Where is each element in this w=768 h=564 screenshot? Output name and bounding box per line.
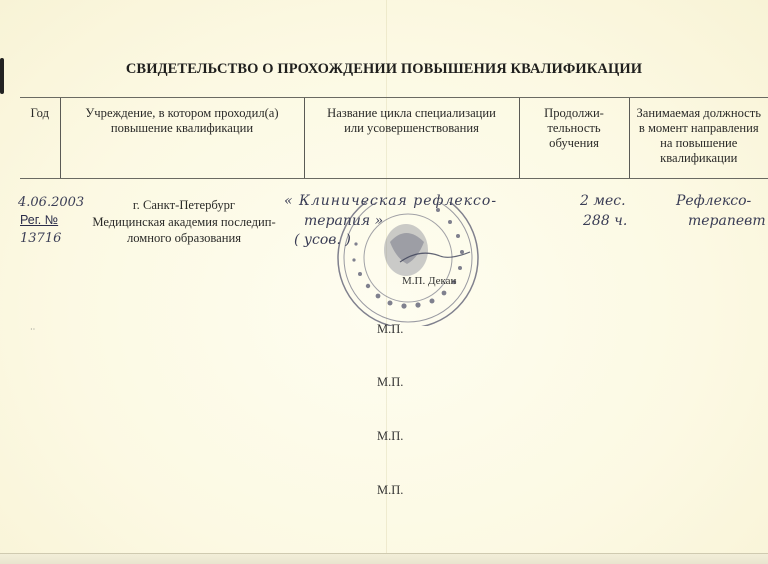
registration-number: 13716 <box>20 231 61 246</box>
registration-label: Рег. № <box>20 213 58 227</box>
institution-cell: г. Санкт-Петербург Медицинская академия … <box>64 197 304 247</box>
header-institution: Учреждение, в котором проходил(а) повыше… <box>60 98 304 179</box>
header-duration: Продолжи-тельность обучения <box>519 98 629 179</box>
header-year: Год <box>20 98 60 179</box>
scan-artifact: ·· <box>30 325 35 334</box>
header-cycle-name: Название цикла специализации или усоверш… <box>304 98 519 179</box>
header-position: Занимаемая должность в момент направлени… <box>629 98 768 179</box>
seal-mark-2: М.П. <box>377 375 403 390</box>
table-header-row: Год Учреждение, в котором проходил(а) по… <box>20 98 768 179</box>
svg-text:М.П. Декан: М.П. Декан <box>402 275 457 287</box>
cycle-name-line2: терапия » <box>304 213 383 229</box>
position-line2: терапевт <box>688 213 766 229</box>
institution-name-2: ломного образования <box>64 230 304 247</box>
institution-name-1: Медицинская академия последип- <box>64 214 304 231</box>
page-bottom-edge <box>0 553 768 564</box>
seal-mark-1: М.П. <box>377 322 403 337</box>
certificate-page: СВИДЕТЕЛЬСТВО О ПРОХОЖДЕНИИ ПОВЫШЕНИЯ КВ… <box>0 0 768 564</box>
seal-mark-3: М.П. <box>377 429 403 444</box>
cycle-name-line1: « Клиническая рефлексо- <box>284 193 497 209</box>
position-line1: Рефлексо- <box>676 193 751 209</box>
institution-city: г. Санкт-Петербург <box>64 197 304 214</box>
duration-hours: 288 ч. <box>583 213 627 229</box>
duration-months: 2 мес. <box>580 193 626 209</box>
cycle-name-line3: ( усов. ) <box>294 232 351 248</box>
seal-mark-4: М.П. <box>377 483 403 498</box>
qualification-table: Год Учреждение, в котором проходил(а) по… <box>20 97 768 179</box>
document-title: СВИДЕТЕЛЬСТВО О ПРОХОЖДЕНИИ ПОВЫШЕНИЯ КВ… <box>0 61 768 78</box>
